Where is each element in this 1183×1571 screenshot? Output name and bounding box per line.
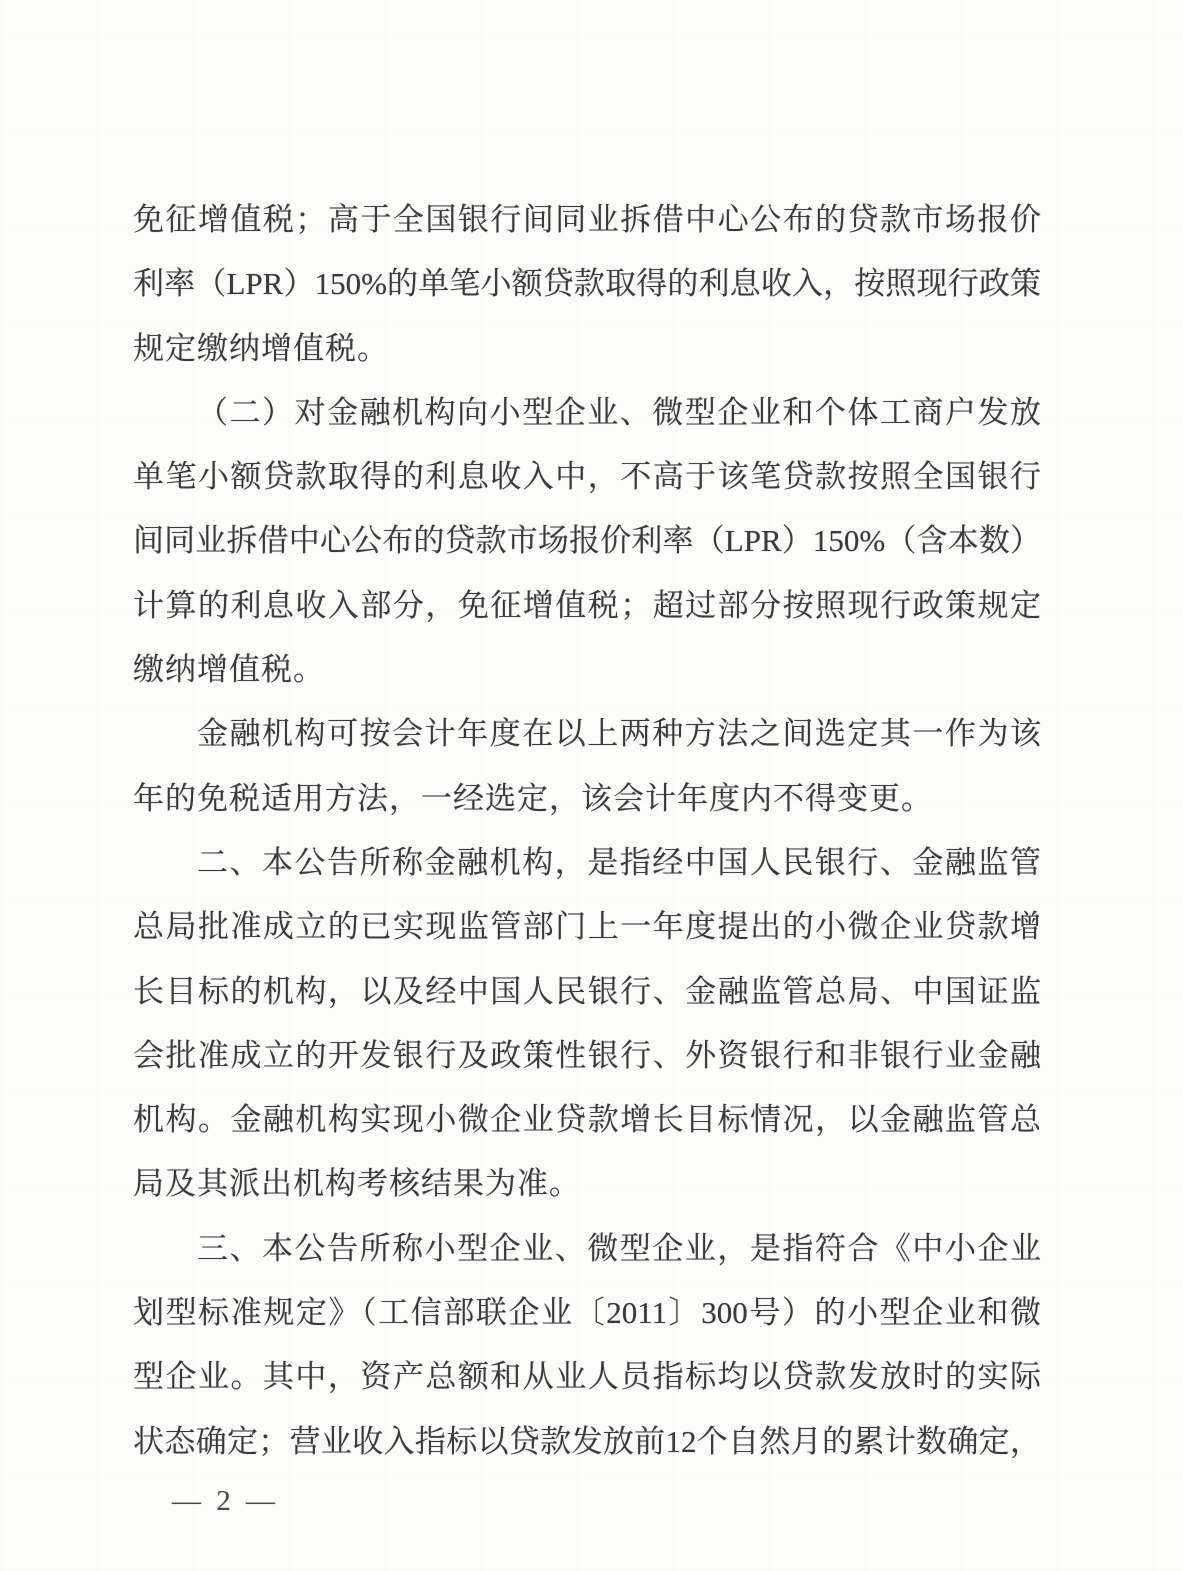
text-line: 状态确定；营业收入指标以贷款发放前12个自然月的累计数确定， — [133, 1410, 1041, 1474]
text-line: 间同业拆借中心公布的贷款市场报价利率（LPR）150%（含本数） — [133, 509, 1041, 573]
document-page: 免征增值税；高于全国银行间同业拆借中心公布的贷款市场报价 利率（LPR）150%… — [0, 0, 1183, 1571]
text-line: 规定缴纳增值税。 — [133, 317, 1041, 381]
page-number: — 2 — — [172, 1484, 279, 1518]
document-body: 免征增值税；高于全国银行间同业拆借中心公布的贷款市场报价 利率（LPR）150%… — [133, 188, 1041, 1474]
text-line: 型企业。其中，资产总额和从业人员指标均以贷款发放时的实际 — [133, 1345, 1041, 1409]
text-line: 年的免税适用方法，一经选定，该会计年度内不得变更。 — [133, 767, 1041, 831]
text-line: 机构。金融机构实现小微企业贷款增长目标情况，以金融监管总 — [133, 1088, 1041, 1152]
text-line-paragraph-start: 二、本公告所称金融机构，是指经中国人民银行、金融监管 — [133, 831, 1041, 895]
text-line: 总局批准成立的已实现监管部门上一年度提出的小微企业贷款增 — [133, 895, 1041, 959]
text-line-paragraph-start: （二）对金融机构向小型企业、微型企业和个体工商户发放 — [133, 381, 1041, 445]
text-line-paragraph-start: 三、本公告所称小型企业、微型企业，是指符合《中小企业 — [133, 1217, 1041, 1281]
text-line: 单笔小额贷款取得的利息收入中，不高于该笔贷款按照全国银行 — [133, 445, 1041, 509]
text-line-paragraph-start: 金融机构可按会计年度在以上两种方法之间选定其一作为该 — [133, 702, 1041, 766]
text-line: 划型标准规定》（工信部联企业〔2011〕300号）的小型企业和微 — [133, 1281, 1041, 1345]
text-line: 会批准成立的开发银行及政策性银行、外资银行和非银行业金融 — [133, 1024, 1041, 1088]
text-line: 免征增值税；高于全国银行间同业拆借中心公布的贷款市场报价 — [133, 188, 1041, 252]
text-line: 计算的利息收入部分，免征增值税；超过部分按照现行政策规定 — [133, 574, 1041, 638]
text-line: 缴纳增值税。 — [133, 638, 1041, 702]
text-line: 局及其派出机构考核结果为准。 — [133, 1152, 1041, 1216]
text-line: 长目标的机构，以及经中国人民银行、金融监管总局、中国证监 — [133, 960, 1041, 1024]
text-line: 利率（LPR）150%的单笔小额贷款取得的利息收入，按照现行政策 — [133, 252, 1041, 316]
